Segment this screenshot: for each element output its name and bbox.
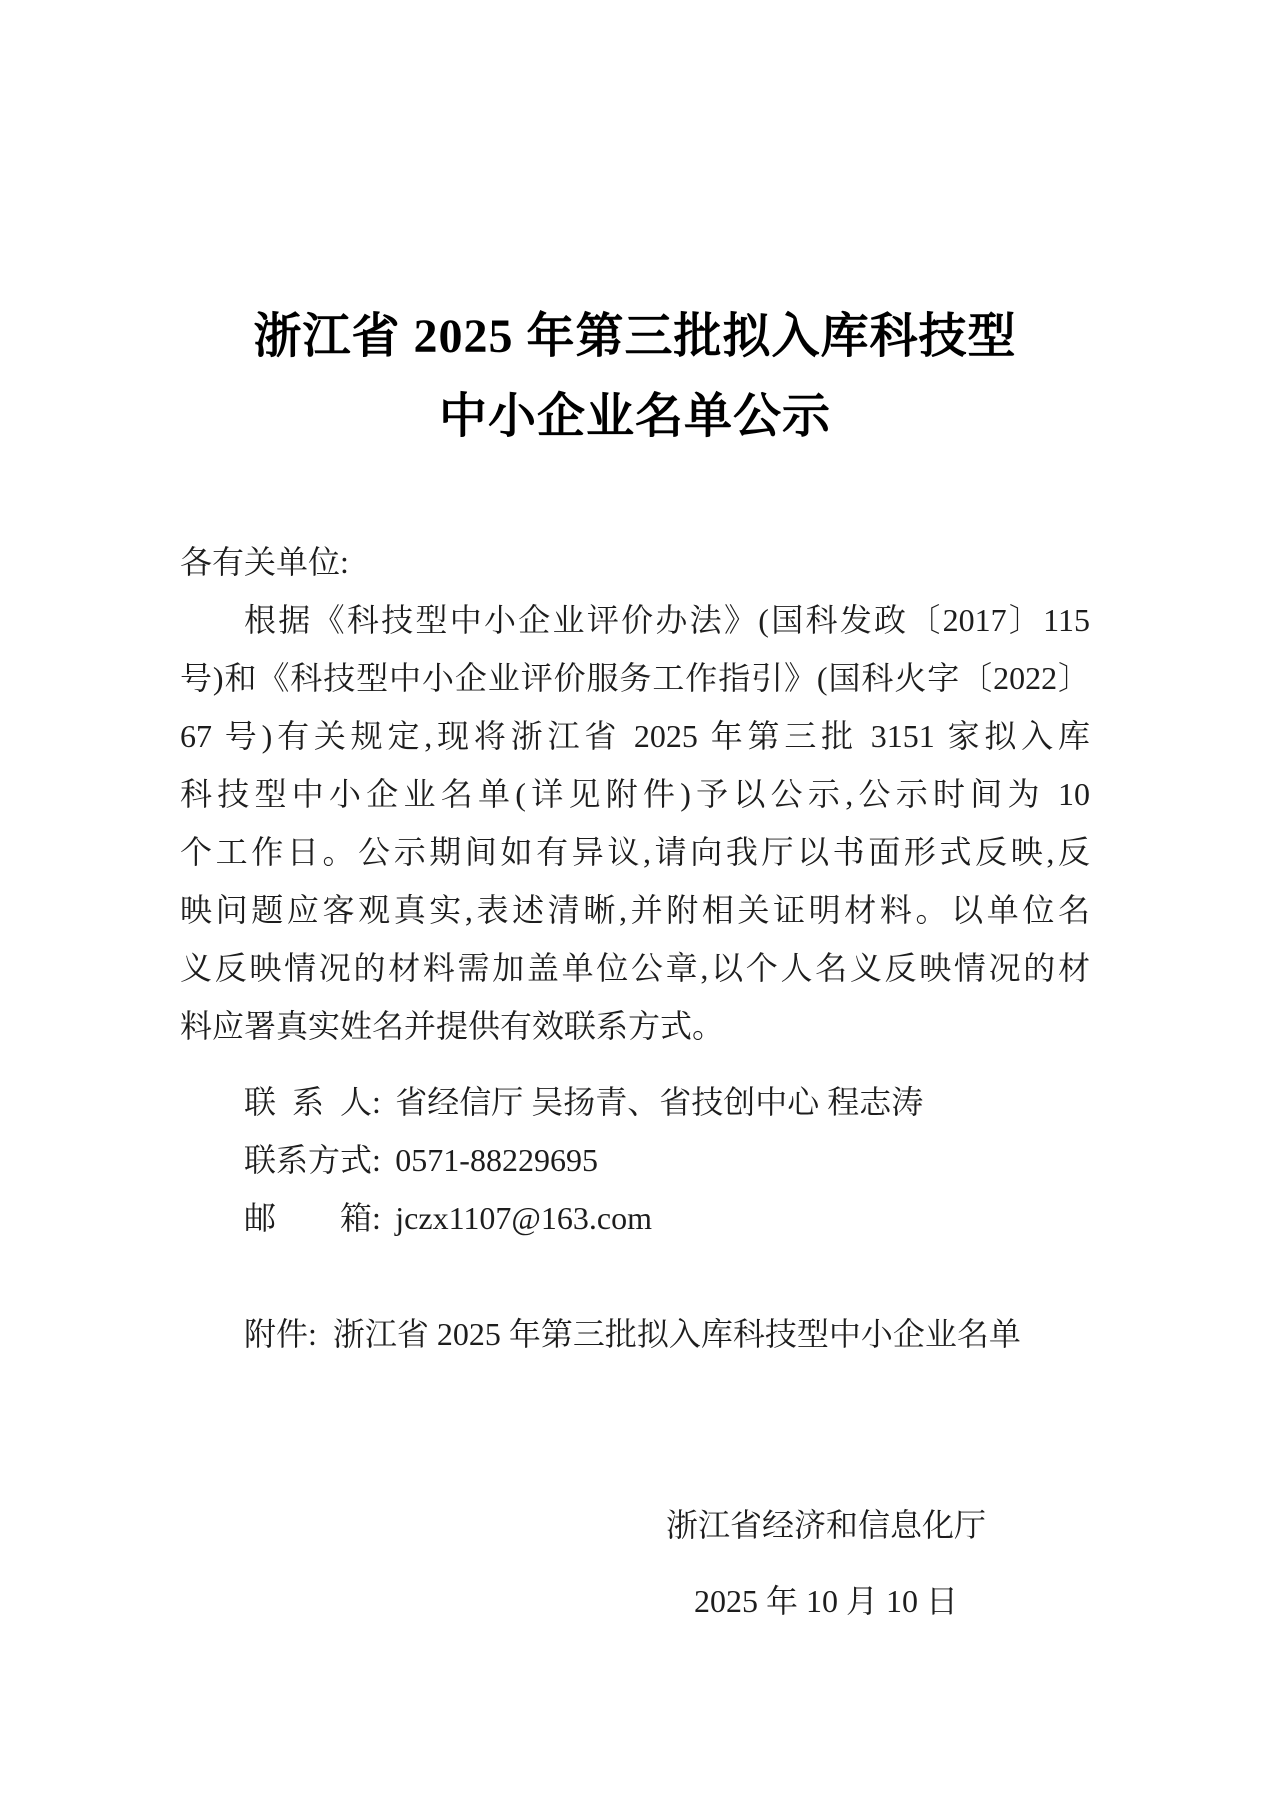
contact-email-value: jczx1107@163.com bbox=[395, 1200, 652, 1236]
attachment-label: 附件: bbox=[244, 1316, 317, 1352]
contact-phone-colon: : bbox=[372, 1142, 381, 1178]
document-title: 浙江省 2025 年第三批拟入库科技型 中小企业名单公示 bbox=[180, 297, 1090, 457]
contact-person-label: 联系人 bbox=[244, 1073, 372, 1131]
signature-date: 2025 年 10 月 10 日 bbox=[636, 1563, 1016, 1639]
attachment-line: 附件:浙江省 2025 年第三批拟入库科技型中小企业名单 bbox=[180, 1305, 1090, 1363]
contact-person-value: 省经信厅 吴扬青、省技创中心 程志涛 bbox=[395, 1084, 923, 1120]
body-line: 义反映情况的材料需加盖单位公章,以个人名义反映情况的材 bbox=[180, 939, 1090, 997]
contact-phone-label: 联系方式 bbox=[244, 1131, 372, 1189]
signature-org: 浙江省经济和信息化厅 bbox=[636, 1487, 1016, 1563]
contact-block: 联系人:省经信厅 吴扬青、省技创中心 程志涛 联系方式:0571-8822969… bbox=[180, 1073, 1090, 1247]
contact-email-colon: : bbox=[372, 1200, 381, 1236]
body-line: 号)和《科技型中小企业评价服务工作指引》(国科火字〔2022〕 bbox=[180, 649, 1090, 707]
document-title-line2: 中小企业名单公示 bbox=[180, 377, 1090, 457]
contact-email-label: 邮箱 bbox=[244, 1189, 372, 1247]
contact-email-row: 邮箱:jczx1107@163.com bbox=[180, 1189, 1090, 1247]
body-line: 67 号)有关规定,现将浙江省 2025 年第三批 3151 家拟入库 bbox=[180, 707, 1090, 765]
contact-person-row: 联系人:省经信厅 吴扬青、省技创中心 程志涛 bbox=[180, 1073, 1090, 1131]
body-paragraph: 根据《科技型中小企业评价办法》(国科发政〔2017〕115 号)和《科技型中小企… bbox=[180, 591, 1090, 1055]
body-line: 科技型中小企业名单(详见附件)予以公示,公示时间为 10 bbox=[180, 765, 1090, 823]
document-content: 浙江省 2025 年第三批拟入库科技型 中小企业名单公示 各有关单位: 根据《科… bbox=[180, 297, 1090, 1639]
contact-phone-row: 联系方式:0571-88229695 bbox=[180, 1131, 1090, 1189]
signature-block: 浙江省经济和信息化厅 2025 年 10 月 10 日 bbox=[636, 1487, 1016, 1639]
body-line: 料应署真实姓名并提供有效联系方式。 bbox=[180, 997, 1090, 1055]
body-line: 映问题应客观真实,表述清晰,并附相关证明材料。以单位名 bbox=[180, 881, 1090, 939]
document-page: 浙江省 2025 年第三批拟入库科技型 中小企业名单公示 各有关单位: 根据《科… bbox=[0, 0, 1280, 1810]
attachment-title: 浙江省 2025 年第三批拟入库科技型中小企业名单 bbox=[333, 1316, 1021, 1352]
greeting-line: 各有关单位: bbox=[180, 533, 1090, 591]
contact-person-colon: : bbox=[372, 1084, 381, 1120]
document-title-line1: 浙江省 2025 年第三批拟入库科技型 bbox=[180, 297, 1090, 377]
contact-phone-value: 0571-88229695 bbox=[395, 1142, 598, 1178]
body-line: 个工作日。公示期间如有异议,请向我厅以书面形式反映,反 bbox=[180, 823, 1090, 881]
body-line: 根据《科技型中小企业评价办法》(国科发政〔2017〕115 bbox=[180, 591, 1090, 649]
